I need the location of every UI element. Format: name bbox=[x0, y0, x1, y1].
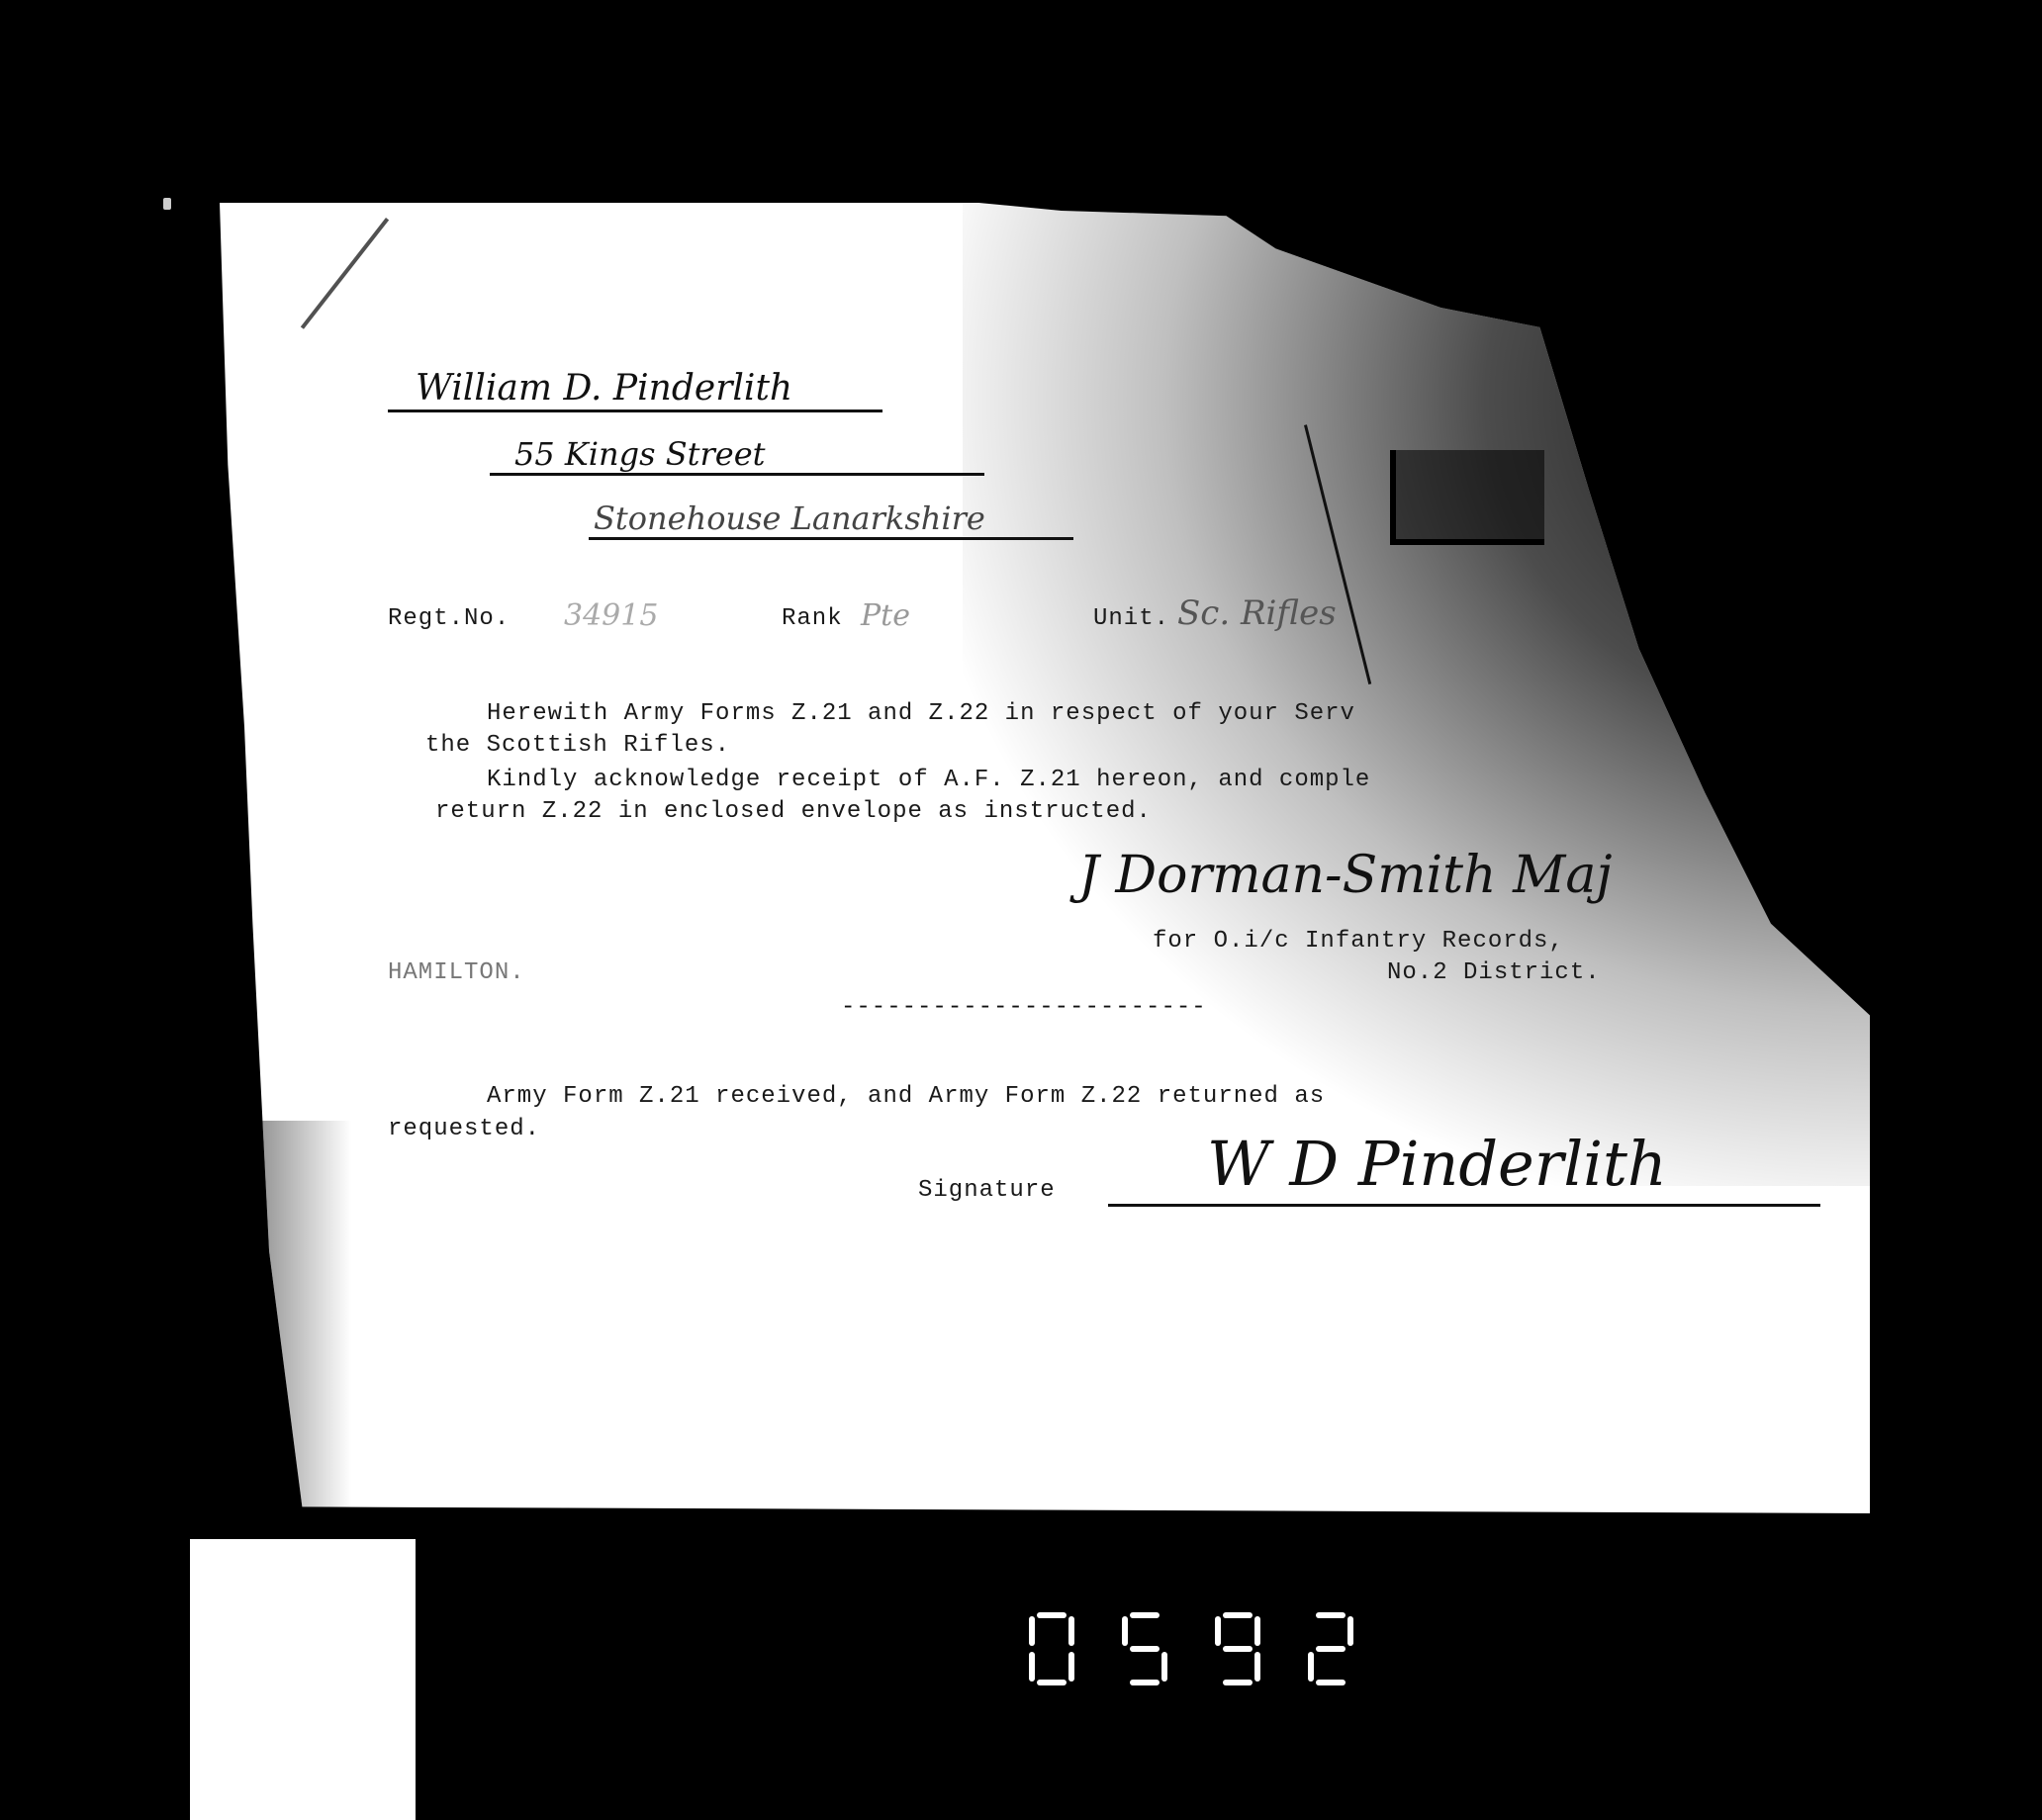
separator-line: ------------------------ bbox=[841, 994, 1207, 1021]
frame-digit bbox=[1029, 1612, 1074, 1685]
body-line-2: the Scottish Rifles. bbox=[425, 732, 730, 759]
officer-title-line-1: for O.i/c Infantry Records, bbox=[1153, 928, 1564, 955]
frame-digit bbox=[1215, 1612, 1260, 1685]
scan-shadow-right bbox=[963, 203, 1870, 1186]
addressee-name-underline bbox=[388, 409, 882, 412]
addressee-street-underline bbox=[490, 473, 984, 476]
frame-number: 0592 bbox=[1029, 1612, 1353, 1685]
addressee-town-underline bbox=[589, 537, 1073, 540]
addressee-name: William D. Pinderlith bbox=[416, 368, 792, 409]
ack-line-2: requested. bbox=[388, 1116, 540, 1142]
scan-shadow-left bbox=[220, 1121, 351, 1514]
film-sprocket-mark bbox=[163, 198, 171, 210]
addressee-town: Stonehouse Lanarkshire bbox=[594, 500, 985, 537]
unit-label: Unit. bbox=[1093, 605, 1169, 632]
body-line-4: return Z.22 in enclosed envelope as inst… bbox=[435, 798, 1152, 825]
addressee-street: 55 Kings Street bbox=[514, 435, 766, 473]
officer-signature: J Dorman-Smith Maj bbox=[1078, 846, 1612, 905]
officer-title-line-2: No.2 District. bbox=[1387, 959, 1601, 986]
place-name: HAMILTON. bbox=[388, 959, 525, 986]
ack-line-1: Army Form Z.21 received, and Army Form Z… bbox=[487, 1083, 1325, 1110]
signature-line bbox=[1108, 1204, 1820, 1207]
unit-value: Sc. Rifles bbox=[1177, 593, 1337, 633]
signature-label: Signature bbox=[918, 1177, 1056, 1204]
film-target-card bbox=[190, 1539, 416, 1820]
frame-digit bbox=[1122, 1612, 1167, 1685]
frame-digit bbox=[1308, 1612, 1353, 1685]
rank-value: Pte bbox=[861, 598, 910, 633]
rank-label: Rank bbox=[782, 605, 843, 632]
body-line-1: Herewith Army Forms Z.21 and Z.22 in res… bbox=[487, 700, 1355, 727]
acknowledgement-signature: W D Pinderlith bbox=[1207, 1128, 1667, 1200]
body-line-3: Kindly acknowledge receipt of A.F. Z.21 … bbox=[487, 767, 1370, 793]
regt-no-label: Regt.No. bbox=[388, 605, 510, 632]
regt-no-value: 34915 bbox=[564, 598, 658, 633]
stamp-box-mark bbox=[1390, 450, 1544, 545]
